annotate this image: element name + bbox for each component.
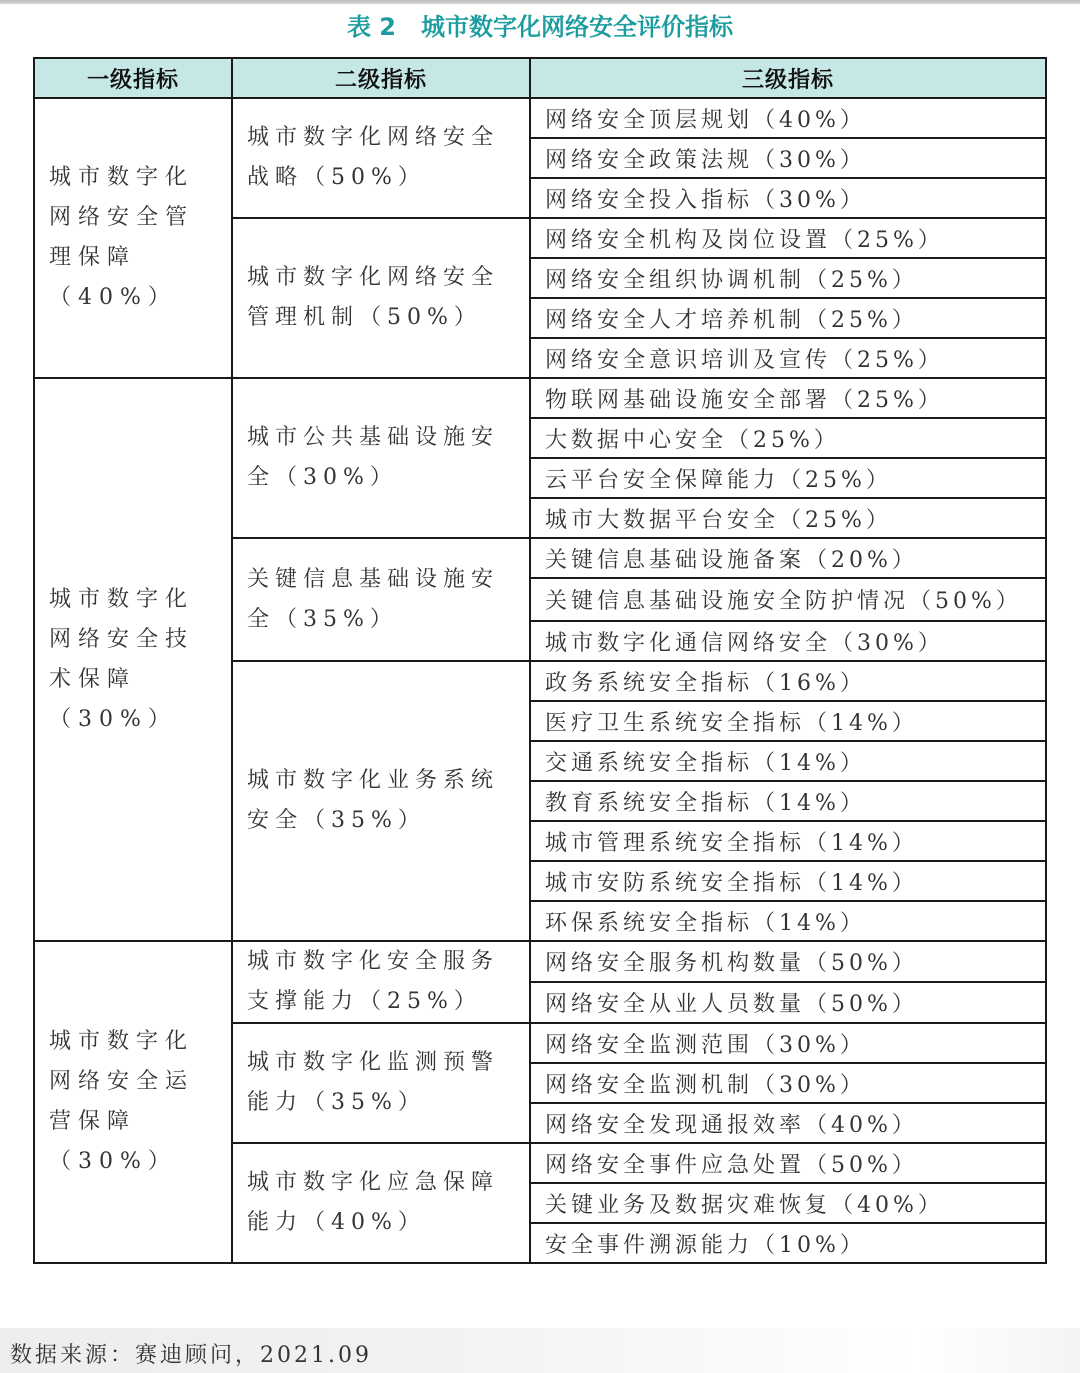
level1-cell: 城市数字化网络安全管理保障（40%）	[34, 98, 232, 378]
level2-cell: 城市数字化网络安全战略（50%）	[232, 98, 530, 218]
level2-label: 城市数字化安全服务支撑能力（25%）	[247, 942, 519, 1022]
level3-cell: 交通系统安全指标（14%）	[530, 741, 1046, 781]
level3-cell: 网络安全从业人员数量（50%）	[530, 982, 1046, 1023]
level3-cell: 网络安全服务机构数量（50%）	[530, 941, 1046, 982]
level3-cell: 政务系统安全指标（16%）	[530, 661, 1046, 701]
level3-cell: 网络安全政策法规（30%）	[530, 138, 1046, 178]
level3-cell: 物联网基础设施安全部署（25%）	[530, 378, 1046, 418]
level3-cell: 大数据中心安全（25%）	[530, 418, 1046, 458]
level3-cell: 教育系统安全指标（14%）	[530, 781, 1046, 821]
table-title: 表 2 城市数字化网络安全评价指标	[0, 8, 1080, 46]
level2-cell: 城市数字化监测预警能力（35%）	[232, 1023, 530, 1143]
level2-label: 城市数字化监测预警能力（35%）	[247, 1043, 519, 1123]
level3-cell: 关键信息基础设施备案（20%）	[530, 538, 1046, 578]
level3-cell: 网络安全意识培训及宣传（25%）	[530, 338, 1046, 378]
header-row: 一级指标 二级指标 三级指标	[34, 58, 1046, 98]
level3-cell: 城市数字化通信网络安全（30%）	[530, 621, 1046, 661]
level2-cell: 关键信息基础设施安全（35%）	[232, 538, 530, 661]
level1-label: 城市数字化网络安全运营保障（30%）	[49, 1022, 221, 1182]
table-row: 城市数字化网络安全管理保障（40%） 城市数字化网络安全战略（50%） 网络安全…	[34, 98, 1046, 138]
level3-cell: 关键业务及数据灾难恢复（40%）	[530, 1183, 1046, 1223]
level2-label: 城市数字化网络安全管理机制（50%）	[247, 258, 519, 338]
level3-cell: 网络安全监测范围（30%）	[530, 1023, 1046, 1063]
level3-cell: 网络安全组织协调机制（25%）	[530, 258, 1046, 298]
level1-label: 城市数字化网络安全管理保障（40%）	[49, 158, 221, 318]
table-row: 城市数字化网络安全运营保障（30%） 城市数字化安全服务支撑能力（25%） 网络…	[34, 941, 1046, 982]
level3-cell: 城市大数据平台安全（25%）	[530, 498, 1046, 538]
data-source-note: 数据来源：赛迪顾问，2021.09	[10, 1341, 372, 1371]
level3-cell: 城市管理系统安全指标（14%）	[530, 821, 1046, 861]
header-level1: 一级指标	[34, 58, 232, 98]
level2-label: 城市数字化网络安全战略（50%）	[247, 118, 519, 198]
level3-cell: 关键信息基础设施安全防护情况（50%）	[530, 578, 1046, 621]
level3-cell: 城市安防系统安全指标（14%）	[530, 861, 1046, 901]
level1-cell: 城市数字化网络安全技术保障（30%）	[34, 378, 232, 941]
evaluation-index-table: 一级指标 二级指标 三级指标 城市数字化网络安全管理保障（40%） 城市数字化网…	[33, 57, 1047, 1264]
level3-cell: 网络安全顶层规划（40%）	[530, 98, 1046, 138]
level2-cell: 城市公共基础设施安全（30%）	[232, 378, 530, 538]
level3-cell: 环保系统安全指标（14%）	[530, 901, 1046, 941]
level3-cell: 网络安全人才培养机制（25%）	[530, 298, 1046, 338]
level2-cell: 城市数字化业务系统安全（35%）	[232, 661, 530, 941]
header-level2: 二级指标	[232, 58, 530, 98]
evaluation-table-container: 一级指标 二级指标 三级指标 城市数字化网络安全管理保障（40%） 城市数字化网…	[33, 57, 1045, 1264]
level1-cell: 城市数字化网络安全运营保障（30%）	[34, 941, 232, 1263]
level2-label: 城市公共基础设施安全（30%）	[247, 418, 519, 498]
table-row: 城市数字化网络安全技术保障（30%） 城市公共基础设施安全（30%） 物联网基础…	[34, 378, 1046, 418]
level2-label: 关键信息基础设施安全（35%）	[247, 560, 519, 640]
level2-cell: 城市数字化应急保障能力（40%）	[232, 1143, 530, 1263]
level3-cell: 网络安全事件应急处置（50%）	[530, 1143, 1046, 1183]
level2-cell: 城市数字化网络安全管理机制（50%）	[232, 218, 530, 378]
level3-cell: 网络安全监测机制（30%）	[530, 1063, 1046, 1103]
header-level3: 三级指标	[530, 58, 1046, 98]
level3-cell: 网络安全投入指标（30%）	[530, 178, 1046, 218]
level1-label: 城市数字化网络安全技术保障（30%）	[49, 580, 221, 740]
level3-cell: 网络安全发现通报效率（40%）	[530, 1103, 1046, 1143]
level3-cell: 网络安全机构及岗位设置（25%）	[530, 218, 1046, 258]
level2-cell: 城市数字化安全服务支撑能力（25%）	[232, 941, 530, 1023]
level3-cell: 医疗卫生系统安全指标（14%）	[530, 701, 1046, 741]
top-edge-strip	[0, 0, 1080, 4]
level3-cell: 安全事件溯源能力（10%）	[530, 1223, 1046, 1263]
level2-label: 城市数字化业务系统安全（35%）	[247, 761, 519, 841]
level3-cell: 云平台安全保障能力（25%）	[530, 458, 1046, 498]
level2-label: 城市数字化应急保障能力（40%）	[247, 1163, 519, 1243]
